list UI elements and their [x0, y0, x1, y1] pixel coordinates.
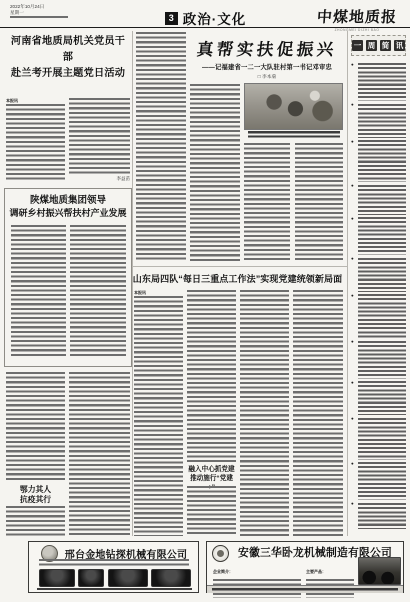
brief-text-greeked	[358, 185, 406, 215]
article-henan-title: 河南省地质局机关党员干部 赴兰考开展主题党日活动	[6, 34, 130, 82]
brief-text-greeked	[358, 104, 406, 138]
ad-sanhua-machine-photo	[358, 557, 401, 585]
bullet-icon: ●	[351, 63, 354, 68]
article-shandong-col2a	[187, 290, 236, 462]
date-block: 2022年10月24日 星期一	[10, 4, 92, 20]
article-henan-byline: 李益苗	[69, 176, 130, 181]
brief-text-greeked	[358, 63, 406, 101]
article-shaanmei-body-col2	[70, 225, 126, 358]
bullet-icon: ●	[351, 417, 354, 422]
bullet-icon: ●	[351, 217, 354, 222]
article-shaanmei-body-col1	[11, 225, 66, 358]
brief-item: ●	[351, 63, 406, 101]
bullet-icon: ●	[351, 257, 354, 262]
product-photo	[151, 569, 191, 587]
feature-body-col3	[244, 143, 290, 262]
brief-text-greeked	[358, 418, 406, 460]
ad-sanhua-contact-bar	[207, 585, 403, 593]
profile-phrase-line1: 鄂力其人	[6, 485, 65, 495]
brief-item: ●	[351, 185, 406, 215]
masthead-pinyin: ZHONGMEI DIZHI BAO	[310, 28, 404, 32]
brief-item: ●	[351, 217, 406, 255]
bullet-icon: ●	[351, 462, 354, 467]
ad-sanhua: 安徽三华卧龙机械制造有限公司 企业简介： 主要产品：	[206, 541, 404, 593]
sidebar-header: 一 周 简 讯	[351, 35, 406, 56]
bullet-icon: ●	[351, 381, 354, 386]
ad-jindi-desc-greeked	[39, 559, 189, 567]
brief-item: ●	[351, 294, 406, 338]
sidebar-header-char-2: 周	[366, 40, 377, 51]
article-shandong-lead: 本报讯	[134, 290, 146, 295]
brief-text-greeked	[358, 217, 406, 255]
brief-item: ●	[351, 503, 406, 529]
feature-title: 真帮实扶促振兴	[189, 36, 346, 60]
article-shaanmei-box: 陕煤地质集团领导 调研乡村振兴帮扶村产业发展	[4, 188, 132, 367]
ad-jindi-products	[39, 569, 191, 587]
product-photo	[108, 569, 148, 587]
article-henan-title-line2: 赴兰考开展主题党日活动	[6, 66, 130, 82]
article-shandong-title: 山东局四队“每日三重点工作法”实现党建统领新局面	[130, 272, 345, 285]
brief-text-greeked	[358, 140, 406, 182]
brief-text-greeked	[358, 258, 406, 292]
left-lower-body-col1b	[6, 506, 65, 536]
sidebar: 一 周 简 讯 ● ● ● ● ● ● ● ● ● ● ● ●	[351, 35, 406, 531]
article-shandong-col1	[134, 296, 183, 536]
bullet-icon: ●	[351, 103, 354, 108]
bullet-icon: ●	[351, 340, 354, 345]
bullet-icon: ●	[351, 184, 354, 189]
left-lower-body-col1	[6, 372, 65, 482]
article-shaanmei-title-line1: 陕煤地质集团领导	[5, 195, 131, 207]
brief-text-greeked	[358, 294, 406, 338]
article-shandong-subhead-line1: 融入中心抓党建	[187, 465, 236, 474]
article-shandong-col3	[240, 290, 289, 536]
section-header: 3 政治·文化	[148, 8, 263, 28]
bullet-icon: ●	[351, 140, 354, 145]
masthead-title: 中煤地质报	[309, 6, 404, 27]
ad-sanhua-logo-icon	[212, 545, 229, 562]
bullet-icon: ●	[351, 294, 354, 299]
feature-body-col1	[136, 32, 186, 262]
feature-body-col2	[190, 84, 240, 262]
bullet-icon: ●	[351, 502, 354, 507]
feature-photo-caption-greeked	[248, 131, 340, 139]
ad-sanhua-contact-greeked	[212, 588, 398, 591]
feature-body-col4	[295, 143, 343, 262]
article-shandong-col2b	[187, 486, 236, 536]
brief-item: ●	[351, 462, 406, 500]
page-number-box: 3	[165, 12, 178, 25]
brief-text-greeked	[358, 503, 406, 529]
brief-item: ●	[351, 104, 406, 138]
brief-item: ●	[351, 381, 406, 415]
brief-item: ●	[351, 140, 406, 182]
sidebar-briefs: ● ● ● ● ● ● ● ● ● ● ● ●	[351, 63, 406, 529]
ad-sanhua-products-label: 主要产品：	[306, 569, 326, 574]
feature-photo	[244, 83, 343, 130]
brief-item: ●	[351, 341, 406, 379]
feature-byline: □ 李本菊	[190, 73, 344, 80]
editor-line-greeked	[10, 16, 68, 20]
feature-subtitle: ——记福建省一二一大队驻村第一书记邓审忠	[190, 62, 344, 71]
article-henan-body-col2	[69, 98, 130, 174]
brief-text-greeked	[358, 381, 406, 415]
sidebar-header-char-3: 简	[380, 40, 391, 51]
brief-text-greeked	[358, 341, 406, 379]
product-photo	[78, 569, 104, 587]
sidebar-header-char-1: 一	[352, 40, 363, 51]
article-henan-body-col1	[6, 104, 65, 182]
feature-bottom-rule	[132, 266, 347, 267]
product-photo	[39, 569, 75, 587]
article-henan-lead: 本报讯	[6, 98, 18, 103]
brief-text-greeked	[358, 462, 406, 500]
profile-phrase-line2: 抗疫其行	[6, 495, 65, 505]
profile-phrase: 鄂力其人 抗疫其行	[6, 485, 65, 504]
ad-jindi-contact-greeked	[37, 588, 192, 591]
left-lower-body-col2	[69, 372, 130, 536]
article-shaanmei-title-line2: 调研乡村振兴帮扶村产业发展	[5, 207, 131, 219]
ad-sanhua-intro-label: 企业简介：	[213, 569, 233, 574]
newspaper-page: 2022年10月24日 星期一 3 政治·文化 中煤地质报 ZHONGMEI D…	[0, 0, 410, 602]
brief-item: ●	[351, 258, 406, 292]
weekday-line: 星期一	[10, 10, 92, 16]
brief-item: ●	[351, 418, 406, 460]
column-divider-sidebar	[347, 31, 348, 536]
article-shandong-col4	[293, 290, 343, 536]
article-henan-title-line1: 河南省地质局机关党员干部	[6, 34, 130, 66]
ad-jindi: 邢台金地钻探机械有限公司	[28, 541, 199, 593]
header-rule	[0, 27, 410, 28]
section-title: 政治·文化	[183, 8, 247, 28]
sidebar-header-char-4: 讯	[394, 40, 405, 51]
